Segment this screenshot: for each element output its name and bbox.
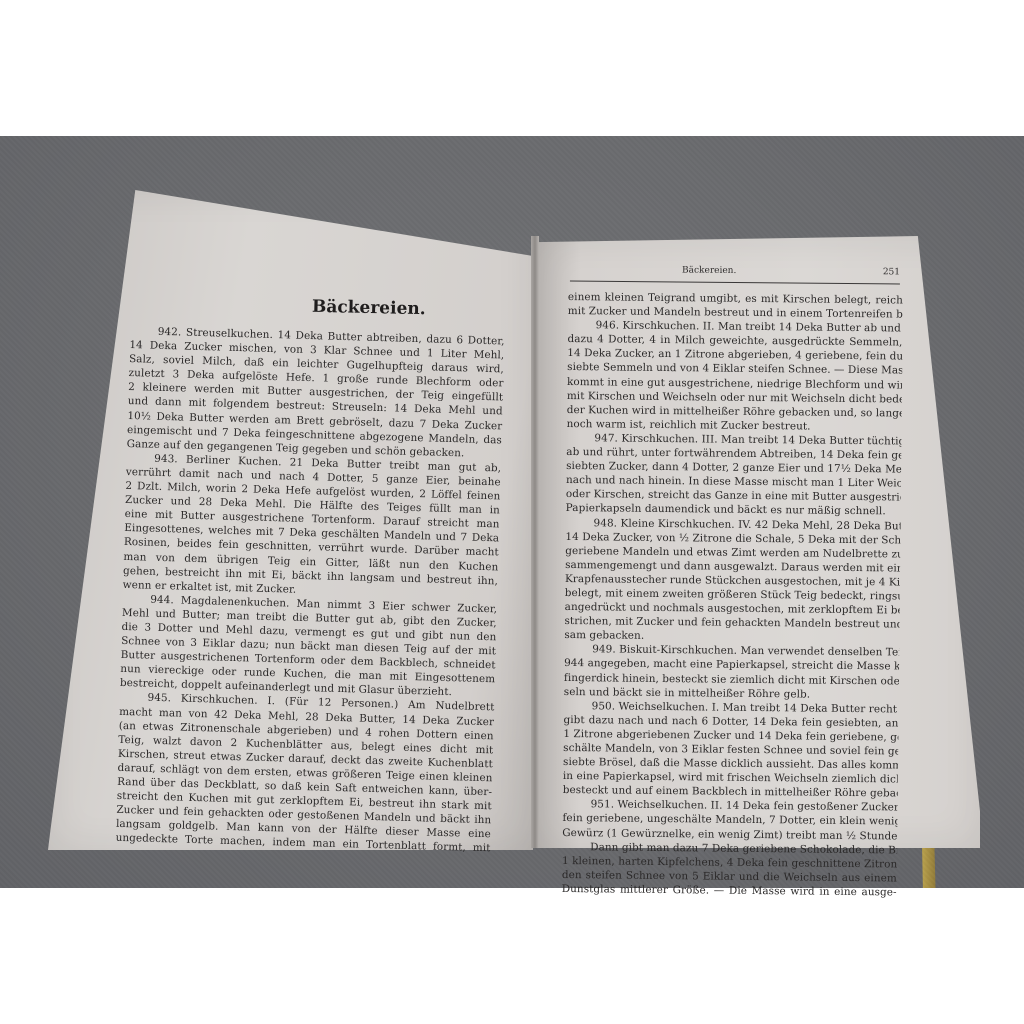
- text-line: Dunstglas mittlerer Größe. — Die Masse w…: [562, 882, 897, 900]
- page-number: 251: [883, 267, 900, 277]
- left-page-text: 942. Streuselkuchen. 14 Deka Butter abtr…: [115, 324, 504, 856]
- right-page-text: einem kleinen Teigrand umgibt, es mit Ki…: [562, 290, 903, 900]
- book-gutter: [531, 236, 539, 848]
- chapter-heading: Bäckereien.: [312, 297, 426, 319]
- running-head-title: Bäckereien.: [682, 266, 736, 276]
- running-header: Bäckereien. 251: [570, 265, 900, 285]
